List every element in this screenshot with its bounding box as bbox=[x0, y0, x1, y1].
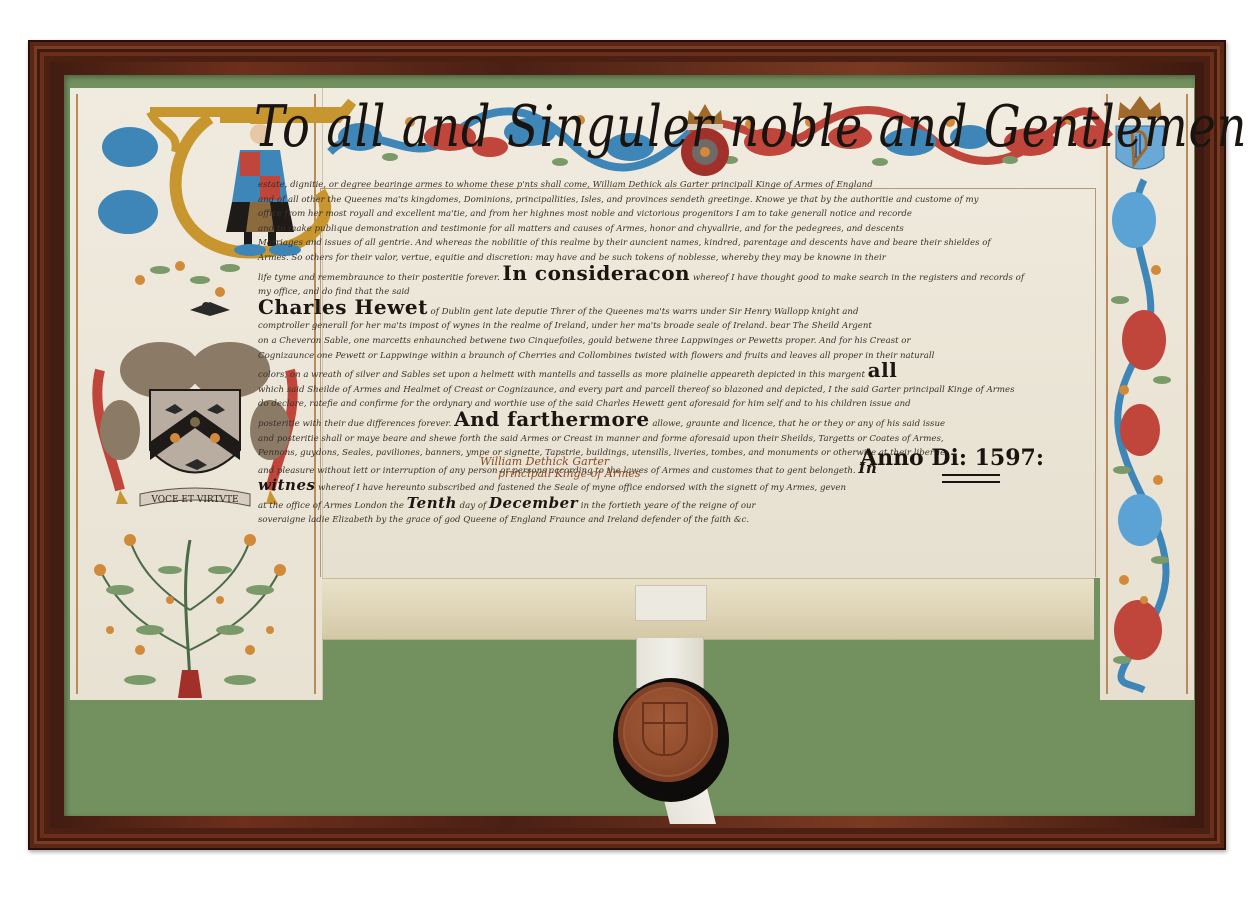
date-day: Tenth bbox=[407, 494, 457, 512]
body-line: comptroller generall for her ma'ts impos… bbox=[258, 319, 1024, 334]
right-floral-border bbox=[1104, 180, 1178, 690]
date-flourish bbox=[942, 474, 1000, 483]
body-line: Marriages and issues of all gentrie. And… bbox=[258, 236, 1024, 251]
grantee-name: Charles Hewet bbox=[258, 295, 428, 319]
anno-domini-date: Anno Di: 1597: bbox=[860, 445, 1044, 471]
seal-tag-slot bbox=[635, 585, 707, 621]
in-consideracon: In consideracon bbox=[503, 261, 691, 285]
body-line: Cognizaunce one Pewett or Lappwinge with… bbox=[258, 349, 1024, 364]
body-line: soveraigne ladie Elizabeth by the grace … bbox=[258, 513, 1024, 528]
date-month: December bbox=[489, 494, 578, 512]
body-line: estate, dignitie, or degree bearinge arm… bbox=[258, 178, 1024, 193]
and-farthermore: And farthermore bbox=[454, 407, 649, 431]
flowering-tree bbox=[80, 530, 300, 700]
body-line: and of all other the Queenes ma'ts kingd… bbox=[258, 193, 1024, 208]
body-line: at the office of Armes London the Tenth … bbox=[258, 496, 1024, 514]
body-line: posteritie with their due differences fo… bbox=[258, 412, 1024, 432]
in-witnes-witnes: witnes bbox=[258, 476, 315, 494]
body-line: and posteritie shall or maye beare and s… bbox=[258, 432, 1024, 447]
all-word: all bbox=[868, 358, 898, 382]
body-line: on a Cheveron Sable, one marcetts enhaun… bbox=[258, 334, 1024, 349]
body-line: which said Sheilde of Armes and Healmet … bbox=[258, 383, 1024, 398]
body-line: and to make publique demonstration and t… bbox=[258, 222, 1024, 237]
body-line: office from her most royall and excellen… bbox=[258, 207, 1024, 222]
document-body: estate, dignitie, or degree bearinge arm… bbox=[258, 178, 1024, 528]
folded-plica bbox=[322, 578, 1094, 640]
body-line: colors, on a wreath of silver and Sables… bbox=[258, 363, 1024, 383]
seal-shield-icon bbox=[642, 702, 688, 756]
motto-text: VOCE ET VIRTVTE bbox=[150, 495, 238, 505]
document-heading: To all and Singuler noble and Gentlemen … bbox=[254, 92, 1034, 160]
body-line: witnes whereof I have hereunto subscribe… bbox=[258, 478, 1024, 496]
garter-signature: William Dethick Garter principall Kinge … bbox=[480, 456, 641, 480]
body-line: Charles Hewet of Dublin gent late deputi… bbox=[258, 300, 1024, 320]
